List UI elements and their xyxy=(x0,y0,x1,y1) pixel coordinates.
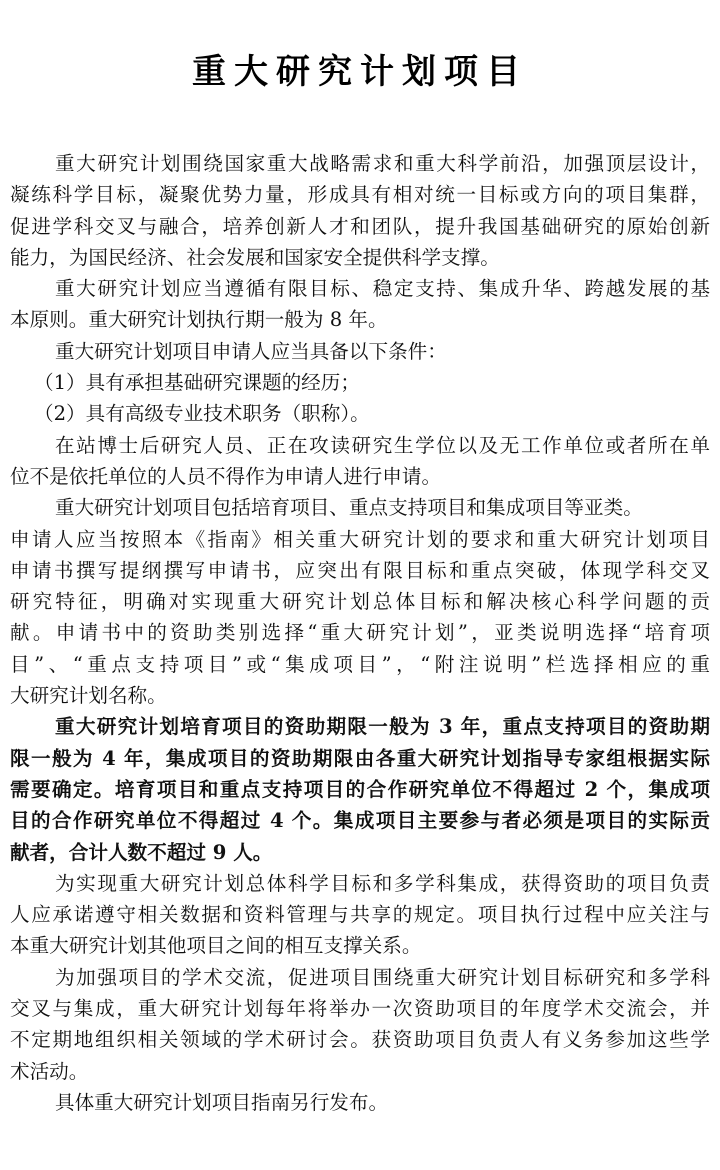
paragraph-academic-exchange: 为加强项目的学术交流，促进项目围绕重大研究计划目标研究和多学科 交叉与集成，重大… xyxy=(10,962,710,1087)
text-line: 不定期地组织相关领域的学术研讨会。获资助项目负责人有义务参加这些学 xyxy=(10,1024,710,1055)
paragraph-data-sharing: 为实现重大研究计划总体科学目标和多学科集成，获得资助的项目负责 人应承诺遵守相关… xyxy=(10,868,710,962)
text-line: 研究特征，明确对实现重大研究计划总体目标和解决核心科学问题的贡 xyxy=(10,586,710,617)
text-line: 术活动。 xyxy=(10,1056,710,1087)
text-line: 重大研究计划项目包括培育项目、重点支持项目和集成项目等亚类。 xyxy=(10,492,710,523)
condition-item-1: （1）具有承担基础研究课题的经历； xyxy=(10,367,710,398)
text-line: 位不是依托单位的人员不得作为申请人进行申请。 xyxy=(10,461,710,492)
text-line: 献。申请书中的资助类别选择“重大研究计划”，亚类说明选择“培育项 xyxy=(10,617,710,648)
text-line: 能力，为国民经济、社会发展和国家安全提供科学支撑。 xyxy=(10,242,710,273)
text-line: 重大研究计划培育项目的资助期限一般为 3 年，重点支持项目的资助期 xyxy=(10,711,710,742)
text-line: 本原则。重大研究计划执行期一般为 8 年。 xyxy=(10,304,710,335)
paragraph-subcategories: 重大研究计划项目包括培育项目、重点支持项目和集成项目等亚类。 申请人应当按照本《… xyxy=(10,492,710,711)
page-title: 重大研究计划项目 xyxy=(0,44,720,93)
text-line: 人应承诺遵守相关数据和资料管理与共享的规定。项目执行过程中应关注与 xyxy=(10,899,710,930)
text-line: 限一般为 4 年，集成项目的资助期限由各重大研究计划指导专家组根据实际 xyxy=(10,743,710,774)
paragraph-principles: 重大研究计划应当遵循有限目标、稳定支持、集成升华、跨越发展的基 本原则。重大研究… xyxy=(10,273,710,336)
paragraph-ineligible: 在站博士后研究人员、正在攻读研究生学位以及无工作单位或者所在单 位不是依托单位的… xyxy=(10,430,710,493)
text-line: 本重大研究计划其他项目之间的相互支撑关系。 xyxy=(10,930,710,961)
paragraph-funding-period: 重大研究计划培育项目的资助期限一般为 3 年，重点支持项目的资助期 限一般为 4… xyxy=(10,711,710,867)
text-line: 献者，合计人数不超过 9 人。 xyxy=(10,837,710,868)
text-line: 具体重大研究计划项目指南另行发布。 xyxy=(10,1087,710,1118)
paragraph-closing: 具体重大研究计划项目指南另行发布。 xyxy=(10,1087,710,1118)
text-line: 大研究计划名称。 xyxy=(10,680,710,711)
text-line: 目的合作研究单位不得超过 4 个。集成项目主要参与者必须是项目的实际贡 xyxy=(10,805,710,836)
condition-item-2: （2）具有高级专业技术职务（职称）。 xyxy=(10,398,710,429)
text-line: 重大研究计划围绕国家重大战略需求和重大科学前沿，加强顶层设计， xyxy=(10,148,710,179)
text-line: 交叉与集成，重大研究计划每年将举办一次资助项目的年度学术交流会，并 xyxy=(10,993,710,1024)
text-line: 需要确定。培育项目和重点支持项目的合作研究单位不得超过 2 个，集成项 xyxy=(10,774,710,805)
text-line: 申请人应当按照本《指南》相关重大研究计划的要求和重大研究计划项目 xyxy=(10,524,710,555)
text-line: 凝练科学目标，凝聚优势力量，形成具有相对统一目标或方向的项目集群， xyxy=(10,179,710,210)
document-body: 重大研究计划围绕国家重大战略需求和重大科学前沿，加强顶层设计， 凝练科学目标，凝… xyxy=(10,148,710,1118)
text-line: 目”、“重点支持项目”或“集成项目”，“附注说明”栏选择相应的重 xyxy=(10,649,710,680)
paragraph-intro: 重大研究计划围绕国家重大战略需求和重大科学前沿，加强顶层设计， 凝练科学目标，凝… xyxy=(10,148,710,273)
text-line: 促进学科交叉与融合，培养创新人才和团队，提升我国基础研究的原始创新 xyxy=(10,211,710,242)
text-line: 重大研究计划应当遵循有限目标、稳定支持、集成升华、跨越发展的基 xyxy=(10,273,710,304)
paragraph-applicant-conditions: 重大研究计划项目申请人应当具备以下条件： xyxy=(10,336,710,367)
text-line: 申请书撰写提纲撰写申请书，应突出有限目标和重点突破，体现学科交叉 xyxy=(10,555,710,586)
text-line: 在站博士后研究人员、正在攻读研究生学位以及无工作单位或者所在单 xyxy=(10,430,710,461)
text-line: 重大研究计划项目申请人应当具备以下条件： xyxy=(10,336,710,367)
text-line: 为实现重大研究计划总体科学目标和多学科集成，获得资助的项目负责 xyxy=(10,868,710,899)
text-line: 为加强项目的学术交流，促进项目围绕重大研究计划目标研究和多学科 xyxy=(10,962,710,993)
